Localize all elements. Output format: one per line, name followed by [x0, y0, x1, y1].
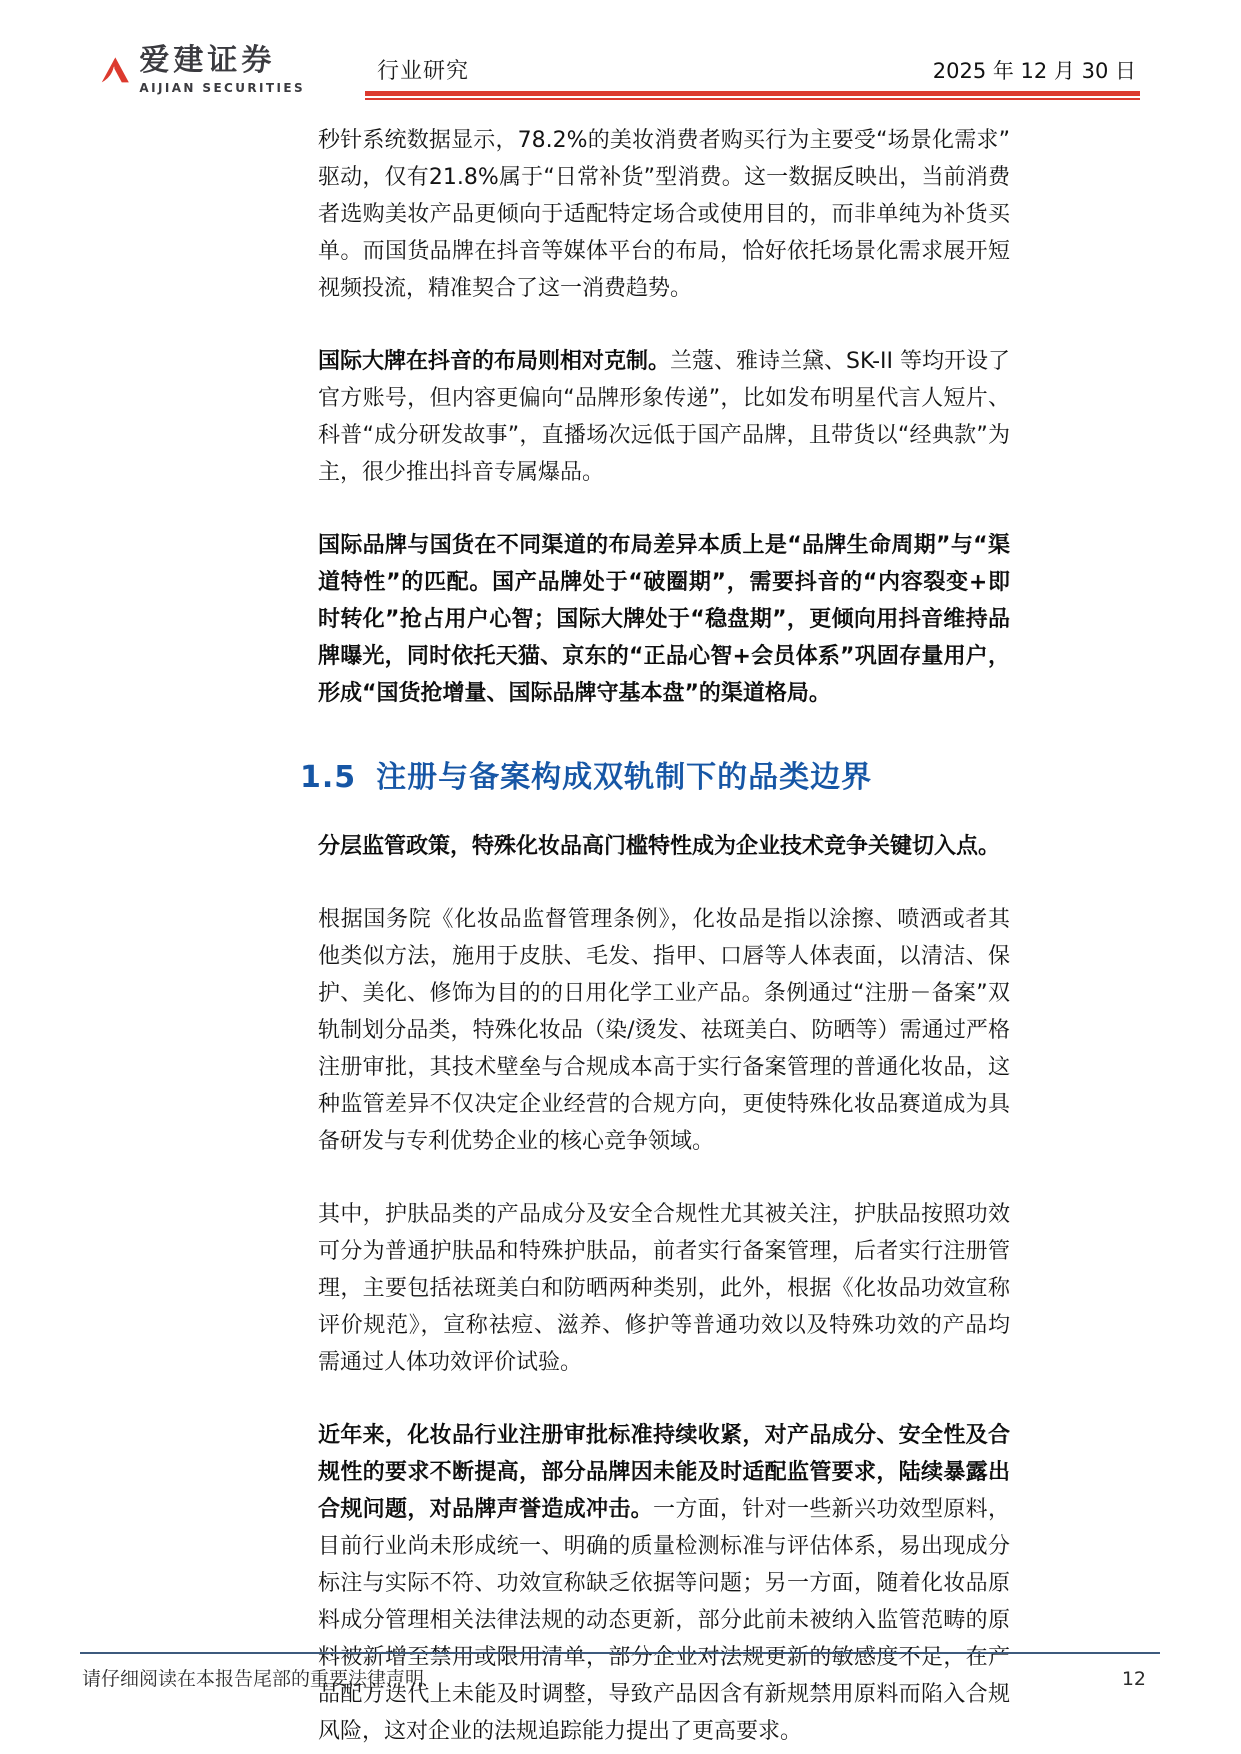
report-page: 爱建证券 AIJIAN SECURITIES 行业研究 2025 年 12 月 … — [0, 0, 1241, 1750]
aijian-logo-icon — [100, 42, 129, 98]
paragraph-regulation-lead: 分层监管政策，特殊化妆品高门槛特性成为企业技术竞争关键切入点。 — [318, 828, 1010, 865]
section-number: 1.5 — [300, 760, 356, 795]
paragraph-bold-lead: 国际大牌在抖音的布局则相对克制。 — [318, 349, 670, 374]
paragraph-skincare-compliance: 其中，护肤品类的产品成分及安全合规性尤其被关注，护肤品按照功效可分为普通护肤品和… — [318, 1196, 1010, 1381]
section-heading: 1.5注册与备案构成双轨制下的品类边界 — [300, 758, 1010, 798]
report-footer: 请仔细阅读在本报告尾部的重要法律声明 12 — [80, 1652, 1160, 1691]
paragraph-international-brands: 国际大牌在抖音的布局则相对克制。兰蔻、雅诗兰黛、SK-II 等均开设了官方账号，… — [318, 343, 1010, 491]
report-date: 2025 年 12 月 30 日 — [933, 55, 1136, 85]
section-title: 注册与备案构成双轨制下的品类边界 — [376, 760, 872, 795]
header-right: 行业研究 2025 年 12 月 30 日 — [365, 54, 1140, 100]
brand-name-en: AIJIAN SECURITIES — [139, 81, 305, 95]
paragraph-channel-pattern: 国际品牌与国货在不同渠道的布局差异本质上是“品牌生命周期”与“渠道特性”的匹配。… — [318, 527, 1010, 712]
paragraph-scene-demand: 秒针系统数据显示，78.2%的美妆消费者购买行为主要受“场景化需求”驱动，仅有2… — [318, 122, 1010, 307]
brand-name-cn: 爱建证券 — [139, 45, 305, 77]
footer-disclaimer: 请仔细阅读在本报告尾部的重要法律声明 — [82, 1664, 424, 1691]
report-header: 爱建证券 AIJIAN SECURITIES 行业研究 2025 年 12 月 … — [0, 0, 1241, 100]
page-number: 12 — [1122, 1668, 1146, 1690]
header-divider — [365, 91, 1140, 100]
paragraph-tightening-rules: 近年来，化妆品行业注册审批标准持续收紧，对产品成分、安全性及合规性的要求不断提高… — [318, 1417, 1010, 1750]
brand-text: 爱建证券 AIJIAN SECURITIES — [139, 45, 305, 95]
report-body: 秒针系统数据显示，78.2%的美妆消费者购买行为主要受“场景化需求”驱动，仅有2… — [318, 122, 1010, 1750]
paragraph-rest: 一方面，针对一些新兴功效型原料，目前行业尚未形成统一、明确的质量检测标准与评估体… — [318, 1497, 1010, 1744]
aijian-logo: 爱建证券 AIJIAN SECURITIES — [100, 42, 305, 98]
footer-row: 请仔细阅读在本报告尾部的重要法律声明 12 — [80, 1654, 1160, 1691]
header-meta-row: 行业研究 2025 年 12 月 30 日 — [365, 54, 1140, 91]
report-category: 行业研究 — [377, 54, 469, 85]
paragraph-regulation-detail: 根据国务院《化妆品监督管理条例》，化妆品是指以涂擦、喷洒或者其他类似方法，施用于… — [318, 901, 1010, 1160]
